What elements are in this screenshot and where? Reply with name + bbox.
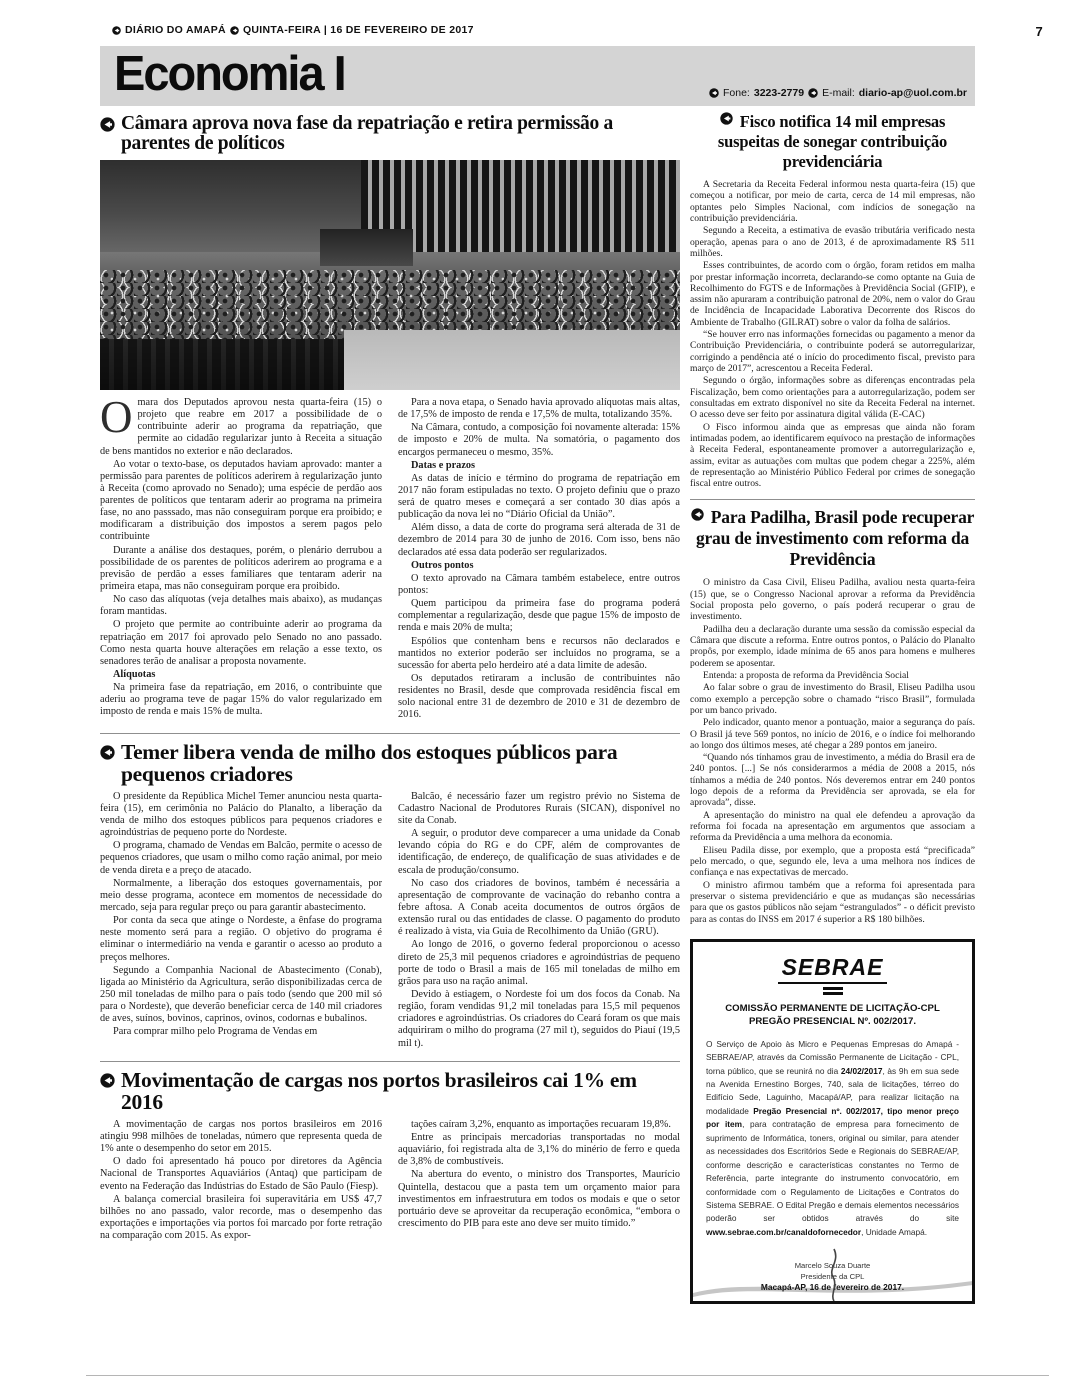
lead-article-col2: Para a nova etapa, o Senado havia aprova… [398,397,680,723]
subhead: Datas e prazos [398,460,680,472]
masthead: DIÁRIO DO AMAPÁ QUINTA-FEIRA | 16 DE FEV… [112,24,1043,39]
paragraph: No caso dos criadores de bovinos, também… [398,878,680,939]
paragraph: Quem participou da primeira fase do prog… [398,598,680,634]
article-portos: Movimentação de cargas nos portos brasil… [100,1069,680,1244]
newspaper-page: DIÁRIO DO AMAPÁ QUINTA-FEIRA | 16 DE FEV… [0,0,1069,1383]
paragraph: Entre as principais mercadorias transpor… [398,1132,680,1168]
subhead: Outros pontos [398,560,680,572]
paragraph: O presidente da República Michel Temer a… [100,791,382,840]
paragraph: A balança comercial brasileira foi super… [100,1194,382,1243]
paragraph: Padilha deu a declaração durante uma ses… [690,624,975,669]
email-address: diario-ap@uol.com.br [859,87,967,99]
padilha-headline: Para Padilha, Brasil pode recuperar grau… [696,507,974,569]
paragraph: Entenda: a proposta de reforma da Previd… [690,670,975,681]
page-bottom-rule [86,1375,1049,1376]
paragraph: Devido à estiagem, o Nordeste foi um dos… [398,989,680,1050]
article-repatriacao: Câmara aprova nova fase da repatriação e… [100,114,680,723]
right-column: Fisco notifica 14 mil empresas suspeitas… [690,112,975,1304]
ad-signature-block: Marcelo Souza Duarte Presidente da CPL M… [706,1261,959,1293]
paragraph: Ao falar sobre o grau de investimento do… [690,682,975,716]
article-temer-milho: Temer libera venda de milho dos estoques… [100,741,680,1051]
paragraph: Ao longo de 2016, o governo federal prop… [398,939,680,988]
paragraph: No caso das alíquotas (veja detalhes mai… [100,594,382,618]
paragraph: Balcão, é necessário fazer um registro p… [398,791,680,827]
sebrae-logo: SEBRAE [706,954,959,995]
left-column: Câmara aprova nova fase da repatriação e… [100,112,680,1304]
masthead-brand: DIÁRIO DO AMAPÁ [125,24,226,36]
masthead-left: DIÁRIO DO AMAPÁ QUINTA-FEIRA | 16 DE FEV… [112,24,474,36]
paragraph: Na abertura do evento, o ministro dos Tr… [398,1169,680,1230]
paragraph: A apresentação do ministro na qual ele d… [690,810,975,844]
ad-bold-segment: www.sebrae.com.br/canaldofornecedor [706,1227,861,1237]
paragraph: Esses contribuintes, de acordo com o órg… [690,260,975,328]
temer-article-col1: O presidente da República Michel Temer a… [100,791,382,1051]
phone-number: 3223-2779 [754,87,804,99]
fisco-headline: Fisco notifica 14 mil empresas suspeitas… [718,112,947,171]
photo-floor [344,330,680,390]
sebrae-logo-text: SEBRAE [778,954,888,984]
paragraph: O programa, chamado de Vendas em Balcão,… [100,840,382,876]
paragraph: “Se houver erro nas informações fornecid… [690,329,975,374]
masthead-bullet-icon [112,26,121,35]
masthead-dateline: QUINTA-FEIRA | 16 DE FEVEREIRO DE 2017 [243,24,474,36]
paragraph: O ministro da Casa Civil, Eliseu Padilha… [690,577,975,622]
headline-bullet-icon [691,508,704,521]
paragraph: O texto aprovado na Câmara também estabe… [398,573,680,597]
paragraph: Por conta da seca que atinge o Nordeste,… [100,915,382,964]
paragraph: Na primeira fase da repatriação, em 2016… [100,682,382,718]
headline-bullet-icon [100,117,115,132]
paragraph: Omara dos Deputados aprovou nesta quarta… [100,397,382,458]
paragraph: Espólios que contenham bens e recursos n… [398,636,680,672]
article-fisco: Fisco notifica 14 mil empresas suspeitas… [690,112,975,489]
ad-body-text: O Serviço de Apoio às Micro e Pequenas E… [706,1038,959,1240]
phone-icon [709,88,719,98]
ad-text-segment: , para contratação de empresa para forne… [706,1119,959,1223]
portos-article-col2: tações caíram 3,2%, enquanto as importaç… [398,1119,680,1243]
ad-title-line1: COMISSÃO PERMANENTE DE LICITAÇÃO-CPL [706,1003,959,1016]
lead-headline: Câmara aprova nova fase da repatriação e… [121,114,680,155]
signature-squiggle-icon [820,1247,846,1303]
ad-bold-segment: 24/02/2017 [841,1066,883,1076]
sebrae-ad: SEBRAE COMISSÃO PERMANENTE DE LICITAÇÃO-… [690,939,975,1304]
headline-bullet-icon [720,112,733,125]
paragraph: Durante a análise dos destaques, porém, … [100,545,382,594]
email-icon [808,88,818,98]
paragraph: Normalmente, a liberação dos estoques go… [100,878,382,914]
paragraph: Segundo o órgão, informações sobre as di… [690,375,975,420]
paragraph: Segundo a Companhia Nacional de Abasteci… [100,965,382,1026]
paragraph: O ministro afirmou também que a reforma … [690,880,975,925]
paragraph: O dado foi apresentado há pouco por dire… [100,1156,382,1192]
ad-title-line2: PREGÃO PRESENCIAL Nº. 002/2017. [706,1016,959,1029]
fisco-article-body: A Secretaria da Receita Federal informou… [690,179,975,489]
subhead: Alíquotas [100,669,382,681]
lead-article-col1: Omara dos Deputados aprovou nesta quarta… [100,397,382,723]
contact-line: Fone: 3223-2779 E-mail: diario-ap@uol.co… [709,87,967,99]
divider-rule [690,499,975,500]
headline-bullet-icon [100,1073,115,1088]
paragraph: Para a nova etapa, o Senado havia aprova… [398,397,680,421]
temer-headline: Temer libera venda de milho dos estoques… [121,741,680,786]
drop-cap: O [100,397,138,434]
padilha-article-body: O ministro da Casa Civil, Eliseu Padilha… [690,577,975,924]
photo-seats [100,339,355,390]
paragraph: O projeto que permite ao contribuinte ad… [100,619,382,668]
paragraph: Eliseu Padila disse, por exemplo, que a … [690,845,975,879]
paragraph: O Fisco informou ainda que as empresas q… [690,422,975,490]
email-label: E-mail: [822,87,855,99]
paragraph: As datas de início e término do programa… [398,473,680,522]
sebrae-logo-bars-icon [823,987,843,995]
paragraph: Os deputados retiraram a inclusão de con… [398,673,680,722]
divider-rule [100,733,680,734]
page-number: 7 [1035,24,1043,39]
paragraph: tações caíram 3,2%, enquanto as importaç… [398,1119,680,1131]
paragraph: Ao votar o texto-base, os deputados havi… [100,459,382,544]
masthead-bullet-icon [230,26,239,35]
portos-article-col1: A movimentação de cargas nos portos bras… [100,1119,382,1243]
portos-headline: Movimentação de cargas nos portos brasil… [121,1069,680,1114]
paragraph: Para comprar milho pelo Programa de Vend… [100,1026,382,1038]
ad-text-segment: , Unidade Amapá. [861,1227,927,1237]
main-content: Câmara aprova nova fase da repatriação e… [100,112,975,1304]
paragraph: A Secretaria da Receita Federal informou… [690,179,975,224]
paragraph: Além disso, a data de corte do programa … [398,522,680,558]
paragraph: A seguir, o produtor deve comparecer a u… [398,828,680,877]
paragraph: A movimentação de cargas nos portos bras… [100,1119,382,1155]
article-padilha: Para Padilha, Brasil pode recuperar grau… [690,507,975,924]
section-title: Economia I [114,44,345,101]
temer-article-col2: Balcão, é necessário fazer um registro p… [398,791,680,1051]
photo-rostrum [320,229,413,266]
headline-bullet-icon [100,745,115,760]
paragraph: Na Câmara, contudo, a composição foi nov… [398,422,680,458]
phone-label: Fone: [723,87,750,99]
divider-rule [100,1061,680,1062]
plenary-photo [100,160,680,390]
paragraph: Segundo a Receita, a estimativa de evasã… [690,225,975,259]
section-banner: Economia I Fone: 3223-2779 E-mail: diari… [100,46,975,106]
paragraph: Pelo indicador, quanto menor a pontuação… [690,717,975,751]
paragraph: “Quando nós tínhamos grau de investiment… [690,752,975,809]
